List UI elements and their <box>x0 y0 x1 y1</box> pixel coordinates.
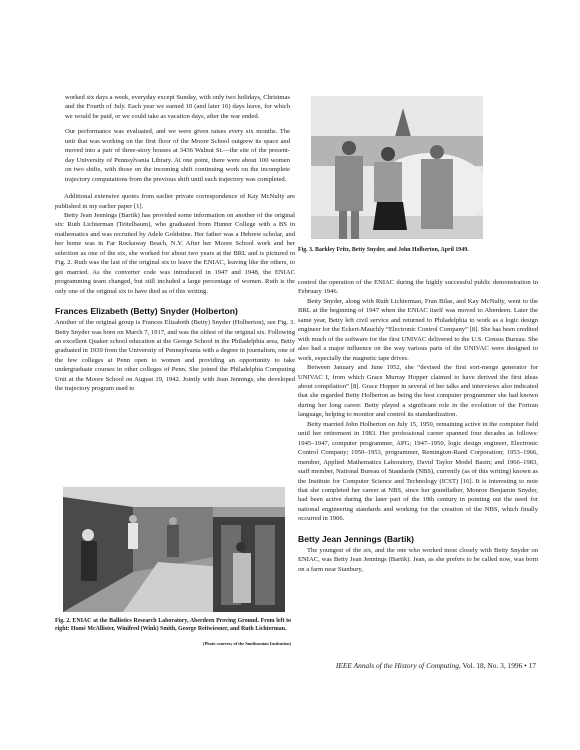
figure-2-photo <box>63 487 285 612</box>
page-number: 17 <box>529 661 536 670</box>
figure-3-photo <box>311 96 483 239</box>
body-paragraph: The youngest of the six, and the one who… <box>298 546 538 574</box>
body-paragraph: Betty married John Holberton on July 15,… <box>298 420 538 524</box>
figure-3-caption: Fig. 3. Barkley Fritz, Betty Snyder, and… <box>298 246 538 254</box>
journal-page: worked six days a week, everyday except … <box>0 0 580 750</box>
section-heading: Frances Elizabeth (Betty) Snyder (Holber… <box>55 306 295 317</box>
figure-2-caption: Fig. 2. ENIAC at the Ballistics Research… <box>55 617 291 633</box>
people-outdoor-photo-icon <box>311 96 483 239</box>
photo-credit: (Photo courtesy of the Smithsonian Insti… <box>170 641 291 646</box>
left-column: worked six days a week, everyday except … <box>55 93 295 394</box>
quote-paragraph: Our performance was evaluated, and we we… <box>65 127 290 184</box>
journal-title: IEEE Annals of the History of Computing <box>336 661 459 670</box>
body-paragraph: Additional extensive quotes from earlier… <box>55 192 295 211</box>
eniac-room-photo-icon <box>63 487 285 612</box>
body-paragraph: Another of the original group is Frances… <box>55 318 295 394</box>
issue-info: , Vol. 18, No. 3, 1996 <box>459 661 522 670</box>
block-quote: worked six days a week, everyday except … <box>55 93 295 184</box>
body-paragraph: Betty Snyder, along with Ruth Lichterman… <box>298 297 538 363</box>
body-paragraph: control the operation of the ENIAC durin… <box>298 278 538 297</box>
quote-paragraph: worked six days a week, everyday except … <box>65 93 290 121</box>
body-paragraph: Betty Jean Jennings (Bartik) has provide… <box>55 211 295 296</box>
section-heading: Betty Jean Jennings (Bartik) <box>298 534 538 545</box>
page-footer: IEEE Annals of the History of Computing,… <box>300 661 536 670</box>
body-paragraph: Between January and June 1952, she “devi… <box>298 363 538 420</box>
right-column: control the operation of the ENIAC durin… <box>298 268 538 574</box>
